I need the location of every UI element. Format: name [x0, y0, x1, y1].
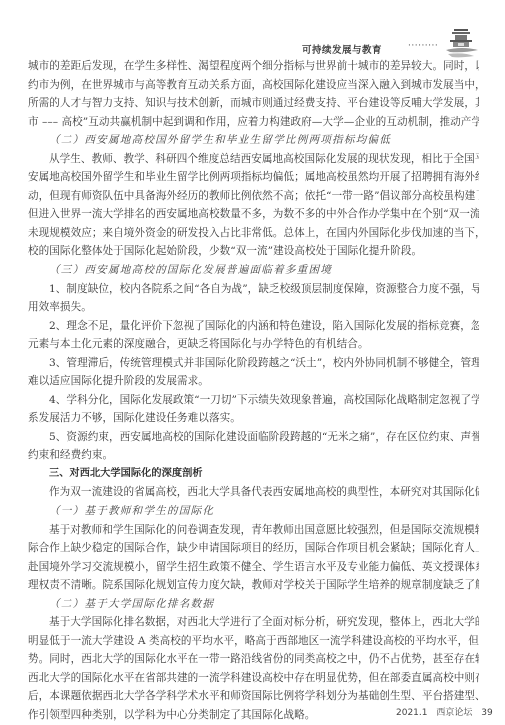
issue-number: 2021.1	[396, 708, 428, 718]
paragraph-line: 4、学科分化，国际化发展政策“一刀切”下示绩失效现象普遍，高校国际化战略制定忽视…	[28, 393, 479, 407]
paragraph-line: 西北大学的国际化水平在省部共建的一流学科建设高校中存在明显优势，但在部委直属高校…	[28, 671, 479, 685]
paragraph-line: 1、制度缺位，校内各院系之间“各自为战”，缺乏校级顶层制度保障，资源整合力度不强…	[28, 282, 479, 296]
page-footer: 2021.1 西京论坛 39	[396, 705, 499, 718]
paragraph-line: 明显低于一流大学建设 A 类高校的平均水平，略高于西部地区一流学科建设高校的平均…	[28, 634, 479, 648]
subheading: （一）基于教师和学生的国际化	[28, 504, 479, 518]
paragraph-line: 所需的人才与智力支持、知识与技术创新，而城市则通过经费支持、平台建设等反哺大学发…	[28, 96, 479, 110]
paragraph-line: 元素与本土化元素的深度融合，更缺乏将国际化与办学特色的有机结合。	[28, 337, 479, 351]
paragraph-line: 难以适应国际化提升阶段的发展需求。	[28, 374, 479, 388]
paragraph-line: 未现规模效应；来自境外资金的研发投入占比非常低。总体上，在国内外国际化步伐加速的…	[28, 226, 479, 240]
paragraph-line: 2、理念不足，量化评价下忽视了国际化的内涵和特色建设，陷入国际化发展的指标竞赛，…	[28, 319, 479, 333]
paragraph-line: 安属地高校国外留学生和毕业生留学比例两项指标均偏低；属地高校虽然均开展了招聘拥有…	[28, 170, 479, 184]
paragraph-line: 作为双一流建设的省属高校，西北大学具备代表西安属地高校的典型性，本研究对其国际化…	[28, 485, 479, 499]
paragraph-line: 后，本课题依据西北大学各学科学术水平和师资国际比例将学科划分为基础创生型、平台搭…	[28, 689, 479, 703]
paragraph-line: 基于大学国际化排名数据，对西北大学进行了全面对标分析，研究发现，整体上，西北大学…	[28, 615, 479, 629]
paragraph-line: 5、资源约束，西安属地高校的国际化建设面临阶段跨越的“无米之痛”，存在区位约束、…	[28, 430, 479, 444]
paragraph-line: 3、管理滞后，传统管理模式并非国际化阶段跨越之“沃土”，校内外协同机制不够健全，…	[28, 356, 479, 370]
subheading: （三）西安属地高校的国际化发展普遍面临着多重困境	[28, 263, 479, 277]
paragraph-line: 系发展活力不够，国际化建设任务难以落实。	[28, 411, 479, 425]
header-dots: ·········	[408, 41, 438, 51]
journal-name: 西京论坛	[436, 708, 472, 718]
paragraph-line: 但进入世界一流大学排名的西安属地高校数量不多，为数不多的中外合作办学集中在个别“…	[28, 207, 479, 221]
paragraph-line: 际合作上缺少稳定的国际合作，缺少申请国际项目的经历，国际合作项目机会紧缺；国际化…	[28, 541, 479, 555]
subheading: （二）西安属地高校国外留学生和毕业生留学比例两项指标均偏低	[28, 133, 479, 147]
paragraph-line: 约束和经费约束。	[28, 448, 479, 462]
paragraph-line: 赴国境外学习交流规模小，留学生招生政策不健全、学生语言水平及专业能力偏低、英文授…	[28, 560, 479, 574]
section-heading: 三、对西北大学国际化的深度剖析	[28, 467, 479, 481]
paragraph-line: 从学生、教师、教学、科研四个维度总结西安属地高校国际化发展的现状发现，相比于全国…	[28, 152, 479, 166]
section-title: 可持续发展与教育	[302, 42, 382, 56]
paragraph-line: 势。同时，西北大学的国际化水平在一带一路沿线省份的同类高校之中，仍不占优势，甚至…	[28, 652, 479, 666]
subheading: （二）基于大学国际化排名数据	[28, 597, 479, 611]
paragraph-line: 校的国际化整体处于国际化起始阶段，少数“双一流”建设高校处于国际化提升阶段。	[28, 244, 479, 258]
city-gate-logo-icon	[444, 26, 480, 60]
paragraph-line: 城市的差距后发现，在学生多样性、渴望程度两个细分指标与世界前十城市的差异较大。同…	[28, 59, 479, 73]
paragraph-line: 基于对教师和学生国际化的问卷调查发现，青年教师出国意愿比较强烈，但是国际交流规模…	[28, 523, 479, 537]
paragraph-line: 动，但现有师资队伍中具备海外经历的教师比例依然不高；依托“一带一路”倡议部分高校…	[28, 189, 479, 203]
paragraph-line: 用效率损失。	[28, 300, 479, 314]
paragraph-line: 市 ––– 高校”互动共赢机制中起到调和作用，应着力构建政府—大学—企业的互动机…	[28, 115, 479, 129]
page-number: 39	[481, 708, 492, 718]
paragraph-line: 理权责不清晰。院系国际化规划宣传力度欠缺，教师对学校关于国际学生培养的规章制度缺…	[28, 578, 479, 592]
paragraph-line: 约市为例，在世界城市与高等教育互动关系方面，高校国际化建设应当深入融入到城市发展…	[28, 78, 479, 92]
